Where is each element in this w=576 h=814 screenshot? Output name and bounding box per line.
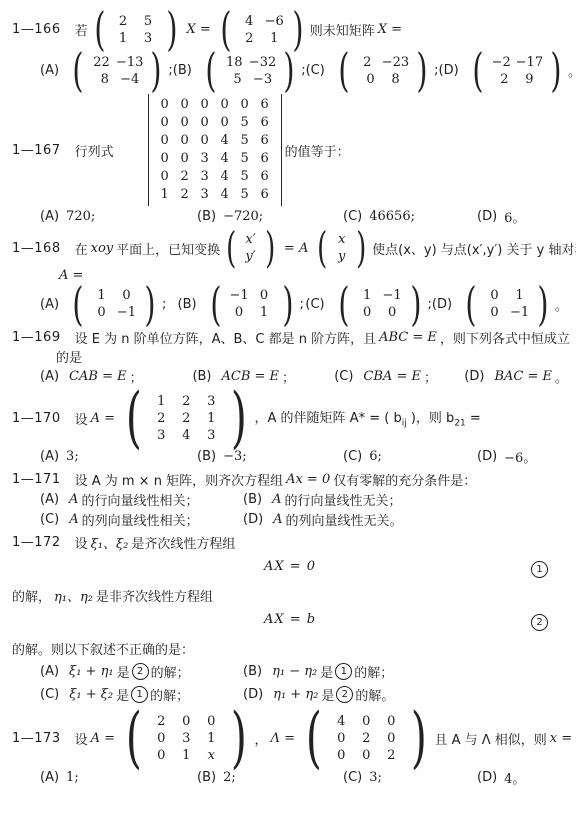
- problem-172-post: 的解。则以下叙述不正确的是：: [12, 639, 568, 658]
- right-paren: ): [151, 51, 162, 90]
- matrix-cell: 0: [235, 96, 255, 114]
- right-paren: ): [166, 10, 177, 49]
- statement-text: 行列式: [75, 141, 114, 160]
- matrix-cell: 0: [379, 713, 404, 730]
- statement-text: 且 A 与 Λ 相似，则: [434, 729, 546, 748]
- options-row: (A)CAB = E； (B)ACB = E； (C)CBA = E； (D)B…: [12, 367, 568, 386]
- problem-172-intro: 1—172 设 ξ₁、ξ₂ 是齐次线性方程组: [12, 533, 568, 552]
- matrix-cell: 3: [149, 427, 174, 444]
- matrix-cell: 5: [235, 186, 255, 204]
- matrix-cell: 1: [149, 393, 174, 410]
- matrix-cell: 5: [235, 150, 255, 168]
- statement-math: X =: [378, 22, 402, 37]
- matrix-cell: 9: [517, 71, 542, 88]
- statement-math: X =: [187, 22, 211, 37]
- matrix-cell: −1: [380, 287, 405, 304]
- matrix-row: 000056: [155, 114, 275, 132]
- option-a: (A)3;: [40, 449, 197, 464]
- left-paren: (: [94, 10, 105, 49]
- matrix-cell: −3: [250, 71, 275, 88]
- matrix-cell: 6: [255, 168, 275, 186]
- matrix-cell: 1: [89, 287, 114, 304]
- problem-172-mid: 的解， η₁、η₂ 是非齐次线性方程组: [12, 586, 568, 605]
- matrix-cell: 2: [237, 30, 262, 47]
- matrix-row: 8−4: [89, 71, 145, 88]
- problem-170: 1—170 设 A = (123221343) ，A 的伴随矩阵 A* = ( …: [12, 390, 568, 466]
- matrix-cell: 1: [199, 730, 224, 747]
- right-paren: ): [231, 710, 247, 766]
- matrix-3x3: (20003101x): [121, 710, 252, 766]
- matrix-row: 400: [329, 713, 404, 730]
- matrix-row: 4−6: [237, 13, 287, 30]
- left-paren: (: [472, 51, 483, 90]
- problem-number: 1—169: [12, 330, 61, 345]
- options-row: (A)1; (B)2; (C)3; (D)4。: [12, 768, 568, 787]
- matrix-row: 003456: [155, 150, 275, 168]
- matrix-cell: −1: [227, 287, 252, 304]
- matrix-cell: 0: [380, 304, 405, 321]
- matrix-cell: 8: [383, 71, 408, 88]
- matrix-cell: 4: [215, 168, 235, 186]
- matrix-cell: 3: [195, 186, 215, 204]
- matrix-cell: −13: [114, 54, 145, 71]
- matrix-cell: 4: [329, 713, 354, 730]
- matrix-cell: −2: [489, 54, 514, 71]
- matrix-row: 031: [149, 730, 224, 747]
- statement-text: 是齐次线性方程组: [131, 533, 235, 552]
- matrix-cell: 0: [215, 114, 235, 132]
- matrix-cell: 2: [174, 393, 199, 410]
- statement-text: ，则下列各式中恒成立: [440, 328, 570, 347]
- matrix-cell: 18: [222, 54, 247, 71]
- right-paren: ): [356, 230, 366, 266]
- statement-text: ，: [255, 729, 268, 748]
- statement-math: ξ₁、ξ₂: [91, 533, 129, 552]
- left-paren: (: [210, 285, 221, 324]
- matrix-cell: −1: [507, 304, 532, 321]
- problem-171-statement: 1—171 设 A 为 m × n 矩阵，则齐次方程组 Ax = 0 仅有零解的…: [12, 470, 568, 489]
- matrix-cell: 5: [225, 71, 250, 88]
- problem-169: 1—169 设 E 为 n 阶单位方阵，A、B、C 都是 n 阶方阵，且 ABC…: [12, 328, 568, 386]
- determinant-6x6: 000006000056000456003456023456123456: [148, 94, 282, 206]
- matrix-cell: 1: [155, 186, 175, 204]
- matrix-cell: x: [199, 747, 224, 764]
- matrix-cell: 0: [354, 713, 379, 730]
- problem-number: 1—173: [12, 731, 61, 746]
- matrix-cell: 0: [329, 747, 354, 764]
- matrix-cell: 0: [199, 713, 224, 730]
- matrix-cell: 6: [255, 114, 275, 132]
- column-vector: (xy): [314, 230, 369, 266]
- matrix-cell: 4: [215, 150, 235, 168]
- right-paren: ): [537, 285, 548, 324]
- option-d: (D)(010−1)。: [432, 285, 568, 324]
- problem-167: 1—167 行列式 000006000056000456003456023456…: [12, 94, 568, 226]
- matrix-3x3: (123221343): [121, 390, 252, 446]
- option-b: (B)(18−325−3);: [173, 51, 306, 90]
- column-vector: (x′y′): [223, 230, 278, 266]
- matrix-cell: x: [333, 231, 351, 248]
- matrix-cell: 0: [329, 730, 354, 747]
- statement-math: = A: [284, 241, 308, 256]
- matrix-cell: −6: [262, 13, 287, 30]
- left-paren: (: [220, 10, 231, 49]
- problem-173-statement: 1—173 设 A = (20003101x) ， Λ = (400020002…: [12, 710, 568, 766]
- matrix-cell: 2: [492, 71, 517, 88]
- option-a: (A)(100−1);: [40, 285, 178, 324]
- options-row: (A)A的行向量线性相关； (B)A的行向量线性无关；: [12, 490, 568, 509]
- equation-2-label: 2: [531, 614, 548, 631]
- option-c: (C)(1−100);: [305, 285, 432, 324]
- matrix-row: 01: [482, 287, 532, 304]
- matrix-cell: 5: [136, 13, 161, 30]
- matrix-cell: 0: [174, 713, 199, 730]
- matrix-cell: −4: [117, 71, 142, 88]
- matrix-cell: 0: [114, 287, 139, 304]
- statement-math: A =: [91, 411, 115, 426]
- left-paren: (: [72, 51, 83, 90]
- problem-169-line2: 的是: [12, 347, 568, 366]
- problem-number: 1—172: [12, 535, 61, 550]
- matrix-cell: 1: [507, 287, 532, 304]
- option-c: (C)CBA = E；: [334, 367, 464, 386]
- statement-math: xoy: [91, 241, 114, 256]
- matrix-cell: 5: [235, 132, 255, 150]
- matrix-cell: 4: [215, 186, 235, 204]
- matrix-cell: 1: [355, 287, 380, 304]
- right-paren: ): [265, 230, 275, 266]
- statement-text: 设 E 为 n 阶单位方阵，A、B、C 都是 n 阶方阵，且: [75, 328, 377, 347]
- problem-166: 1—166 若 (2513) X = (4−621) 则未知矩阵 X = (A)…: [12, 10, 568, 90]
- matrix-cell: 0: [195, 132, 215, 150]
- option-b: (B)η₁ − η₂是1的解；: [243, 662, 393, 681]
- statement-text: 使点(x、y) 与点(x′,y′) 关于 y 轴对称，则: [372, 239, 576, 258]
- left-paren: (: [317, 230, 327, 266]
- option-b: (B)A的行向量线性无关；: [243, 490, 401, 509]
- matrix-cell: 0: [227, 304, 252, 321]
- matrix-cell: 1: [252, 304, 277, 321]
- matrix-row: 01: [227, 304, 277, 321]
- problem-number: 1—170: [12, 411, 61, 426]
- matrix-cell: 2: [175, 168, 195, 186]
- problem-168: 1—168 在 xoy 平面上，已知变换 (x′y′) = A (xy) 使点(…: [12, 230, 568, 324]
- matrix-cell: 6: [255, 186, 275, 204]
- matrix-cell: 0: [155, 96, 175, 114]
- statement-text: ，A 的伴随矩阵 A* = ( bij )，则 b21 =: [255, 407, 481, 429]
- left-paren: (: [205, 51, 216, 90]
- problem-167-statement: 1—167 行列式 000006000056000456003456023456…: [12, 94, 568, 206]
- left-paren: (: [226, 230, 236, 266]
- right-paren: ): [282, 285, 293, 324]
- matrix-row: 0−1: [89, 304, 139, 321]
- matrix-row: 020: [329, 730, 404, 747]
- option-a: (A)1;: [40, 770, 197, 785]
- matrix-cell: 3: [195, 150, 215, 168]
- matrix-cell: 0: [149, 730, 174, 747]
- option-c: (C)(2−2308);: [306, 51, 439, 90]
- matrix-cell: 3: [195, 168, 215, 186]
- option-a: (A)A的行向量线性相关；: [40, 490, 243, 509]
- option-d: (D)−6。: [477, 447, 536, 466]
- left-paren: (: [72, 285, 83, 324]
- equation-2: AX = b 2: [12, 612, 568, 632]
- statement-text: 的解，: [12, 586, 51, 605]
- matrix-row: 08: [355, 71, 411, 88]
- matrix-row: y: [333, 248, 351, 265]
- matrix-cell: −1: [114, 304, 139, 321]
- problem-168-statement: 1—168 在 xoy 平面上，已知变换 (x′y′) = A (xy) 使点(…: [12, 230, 568, 266]
- matrix-cell: 2: [149, 713, 174, 730]
- matrix-cell: 3: [174, 730, 199, 747]
- matrix-cell: 0: [252, 287, 277, 304]
- matrix-3x3: (400020002): [301, 710, 432, 766]
- problem-172: 1—172 设 ξ₁、ξ₂ 是齐次线性方程组 AX = 0 1 的解， η₁、η…: [12, 533, 568, 704]
- matrix-cell: 0: [155, 132, 175, 150]
- matrix-cell: 0: [379, 730, 404, 747]
- matrix-cell: 0: [355, 304, 380, 321]
- problem-170-statement: 1—170 设 A = (123221343) ，A 的伴随矩阵 A* = ( …: [12, 390, 568, 446]
- matrix-row: 00: [355, 304, 405, 321]
- options-row: (A)720; (B)−720; (C)46656; (D)6。: [12, 207, 568, 226]
- options-row: (A)ξ₁ + η₁是2的解； (B)η₁ − η₂是1的解；: [12, 662, 568, 681]
- matrix-cell: 2: [354, 730, 379, 747]
- statement-text: 的解。则以下叙述不正确的是：: [12, 639, 194, 658]
- matrix-cell: 0: [155, 114, 175, 132]
- matrix-row: −2−17: [489, 54, 545, 71]
- statement-text: 仅有零解的充分条件是：: [333, 470, 476, 489]
- option-d: (D)(−2−1729)。: [439, 51, 576, 90]
- matrix-cell: 4: [237, 13, 262, 30]
- right-paren: ): [410, 285, 421, 324]
- matrix-cell: 0: [482, 304, 507, 321]
- matrix-cell: 0: [149, 747, 174, 764]
- matrix-cell: 0: [354, 747, 379, 764]
- problem-number: 1—168: [12, 241, 61, 256]
- matrix-cell: 0: [175, 114, 195, 132]
- matrix-cell: 0: [358, 71, 383, 88]
- option-b: (B)−3;: [197, 449, 343, 464]
- problem-number: 1—167: [12, 143, 61, 158]
- right-paren: ): [144, 285, 155, 324]
- matrix-cell: −32: [247, 54, 278, 71]
- option-c: (C)46656;: [343, 209, 477, 224]
- left-paren: (: [126, 710, 142, 766]
- matrix-row: 29: [489, 71, 545, 88]
- statement-text: 则未知矩阵: [310, 20, 375, 39]
- textbook-page: 1—166 若 (2513) X = (4−621) 则未知矩阵 X = (A)…: [0, 0, 576, 814]
- matrix-cell: −23: [380, 54, 411, 71]
- matrix-cell: y: [333, 248, 351, 265]
- matrix-cell: 5: [235, 114, 255, 132]
- matrix-cell: 6: [255, 132, 275, 150]
- options-row: (A)(100−1); (B)(−1001); (C)(1−100); (D)(…: [12, 285, 568, 324]
- option-a: (A)(22−138−4);: [40, 51, 173, 90]
- left-paren: (: [338, 51, 349, 90]
- option-d: (D)A的列向量线性无关。: [243, 510, 403, 529]
- matrix-row: 1−1: [355, 287, 405, 304]
- matrix-row: 5−3: [222, 71, 278, 88]
- option-d: (D)BAC = E。: [464, 367, 568, 386]
- problem-number: 1—166: [12, 22, 61, 37]
- option-a: (A)CAB = E；: [40, 367, 192, 386]
- matrix-cell: 0: [195, 96, 215, 114]
- option-b: (B)−720;: [197, 209, 343, 224]
- statement-math: ABC = E: [379, 330, 437, 345]
- matrix-cell: 0: [175, 96, 195, 114]
- matrix-row: 023456: [155, 168, 275, 186]
- matrix-cell: 1: [199, 410, 224, 427]
- matrix-row: 25: [111, 13, 161, 30]
- equation-1-label: 1: [531, 561, 548, 578]
- statement-text: 平面上，已知变换: [116, 239, 220, 258]
- matrix-row: x: [333, 231, 351, 248]
- matrix-row: 10: [89, 287, 139, 304]
- matrix-cell: 0: [215, 96, 235, 114]
- left-paren: (: [338, 285, 349, 324]
- option-b: (B)ACB = E；: [192, 367, 334, 386]
- statement-math: x =: [550, 731, 572, 746]
- statement-text: 设 A 为 m × n 矩阵，则齐次方程组: [75, 470, 283, 489]
- option-a: (A)720;: [40, 209, 197, 224]
- matrix-cell: 8: [92, 71, 117, 88]
- matrix-cell: −17: [514, 54, 545, 71]
- matrix-cell: 2: [174, 410, 199, 427]
- matrix-cell: 3: [199, 393, 224, 410]
- matrix-row: 200: [149, 713, 224, 730]
- statement-text: 设: [75, 729, 88, 748]
- matrix-cell: 2: [175, 186, 195, 204]
- left-paren: (: [465, 285, 476, 324]
- right-paren: ): [284, 51, 295, 90]
- matrix-cell: 4: [174, 427, 199, 444]
- matrix-cell: 0: [175, 132, 195, 150]
- matrix-cell: 0: [155, 168, 175, 186]
- matrix-row: 221: [149, 410, 224, 427]
- option-a: (A)ξ₁ + η₁是2的解；: [40, 662, 243, 681]
- option-c: (C)A的列向量线性相关；: [40, 510, 243, 529]
- equation-1: AX = 0 1: [12, 559, 568, 579]
- statement-math: Ax = 0: [286, 472, 330, 487]
- statement-text: 是非齐次线性方程组: [96, 586, 213, 605]
- problem-171: 1—171 设 A 为 m × n 矩阵，则齐次方程组 Ax = 0 仅有零解的…: [12, 470, 568, 529]
- right-paren: ): [411, 710, 427, 766]
- matrix-row: 22−13: [89, 54, 145, 71]
- matrix-cell: 0: [89, 304, 114, 321]
- matrix-row: x′: [242, 231, 260, 248]
- right-paren: ): [231, 390, 247, 446]
- matrix-cell: 1: [174, 747, 199, 764]
- matrix-cell: 0: [482, 287, 507, 304]
- matrix-row: 002: [329, 747, 404, 764]
- matrix-row: 343: [149, 427, 224, 444]
- matrix-row: 000456: [155, 132, 275, 150]
- statement-math: η₁、η₂: [54, 586, 93, 605]
- option-b: (B)(−1001);: [178, 285, 306, 324]
- statement-text: 设: [75, 409, 88, 428]
- matrix-cell: 5: [235, 168, 255, 186]
- matrix-cell: 2: [111, 13, 136, 30]
- right-paren: ): [417, 51, 428, 90]
- option-d: (D)4。: [477, 768, 525, 787]
- right-paren: ): [551, 51, 562, 90]
- matrix-cell: 2: [149, 410, 174, 427]
- statement-text: 若: [75, 20, 88, 39]
- matrix-row: 000006: [155, 96, 275, 114]
- matrix-row: −10: [227, 287, 277, 304]
- matrix-cell: 2: [355, 54, 380, 71]
- matrix-cell: 2: [379, 747, 404, 764]
- statement-text: 设: [75, 533, 88, 552]
- statement-math: Λ =: [271, 731, 295, 746]
- statement-math: A =: [91, 731, 115, 746]
- matrix-row: y′: [242, 248, 260, 265]
- option-c: (C)6;: [343, 449, 477, 464]
- statement-text: 的值等于：: [285, 141, 350, 160]
- left-paren: (: [306, 710, 322, 766]
- options-row: (A)(22−138−4); (B)(18−325−3); (C)(2−2308…: [12, 51, 568, 90]
- matrix-cell: 22: [89, 54, 114, 71]
- problem-number: 1—171: [12, 472, 61, 487]
- matrix-cell: 4: [215, 132, 235, 150]
- matrix-cell: 1: [111, 30, 136, 47]
- matrix-row: 2−23: [355, 54, 411, 71]
- matrix-cell: 0: [195, 114, 215, 132]
- matrix-cell: 3: [199, 427, 224, 444]
- matrix-row: 01x: [149, 747, 224, 764]
- statement-text: 在: [75, 239, 88, 258]
- options-row: (A)3; (B)−3; (C)6; (D)−6。: [12, 447, 568, 466]
- statement-text: 的是: [56, 347, 82, 366]
- options-row: (C)A的列向量线性相关； (D)A的列向量线性无关。: [12, 510, 568, 529]
- matrix-cell: 0: [175, 150, 195, 168]
- left-paren: (: [126, 390, 142, 446]
- matrix-cell: x′: [242, 231, 260, 248]
- matrix-row: 18−32: [222, 54, 278, 71]
- problem-173: 1—173 设 A = (20003101x) ， Λ = (400020002…: [12, 710, 568, 787]
- matrix-row: 123456: [155, 186, 275, 204]
- matrix-cell: 0: [155, 150, 175, 168]
- matrix-row: 123: [149, 393, 224, 410]
- matrix-2x2: (2513): [91, 10, 181, 49]
- matrix-row: 21: [237, 30, 287, 47]
- options-row: (C)ξ₁ + ξ₂是1的解； (D)η₁ + η₂是2的解。: [12, 685, 568, 704]
- matrix-row: 0−1: [482, 304, 532, 321]
- matrix-cell: y′: [242, 248, 260, 265]
- matrix-cell: 6: [255, 150, 275, 168]
- option-d: (D)6。: [477, 207, 525, 226]
- matrix-cell: 6: [255, 96, 275, 114]
